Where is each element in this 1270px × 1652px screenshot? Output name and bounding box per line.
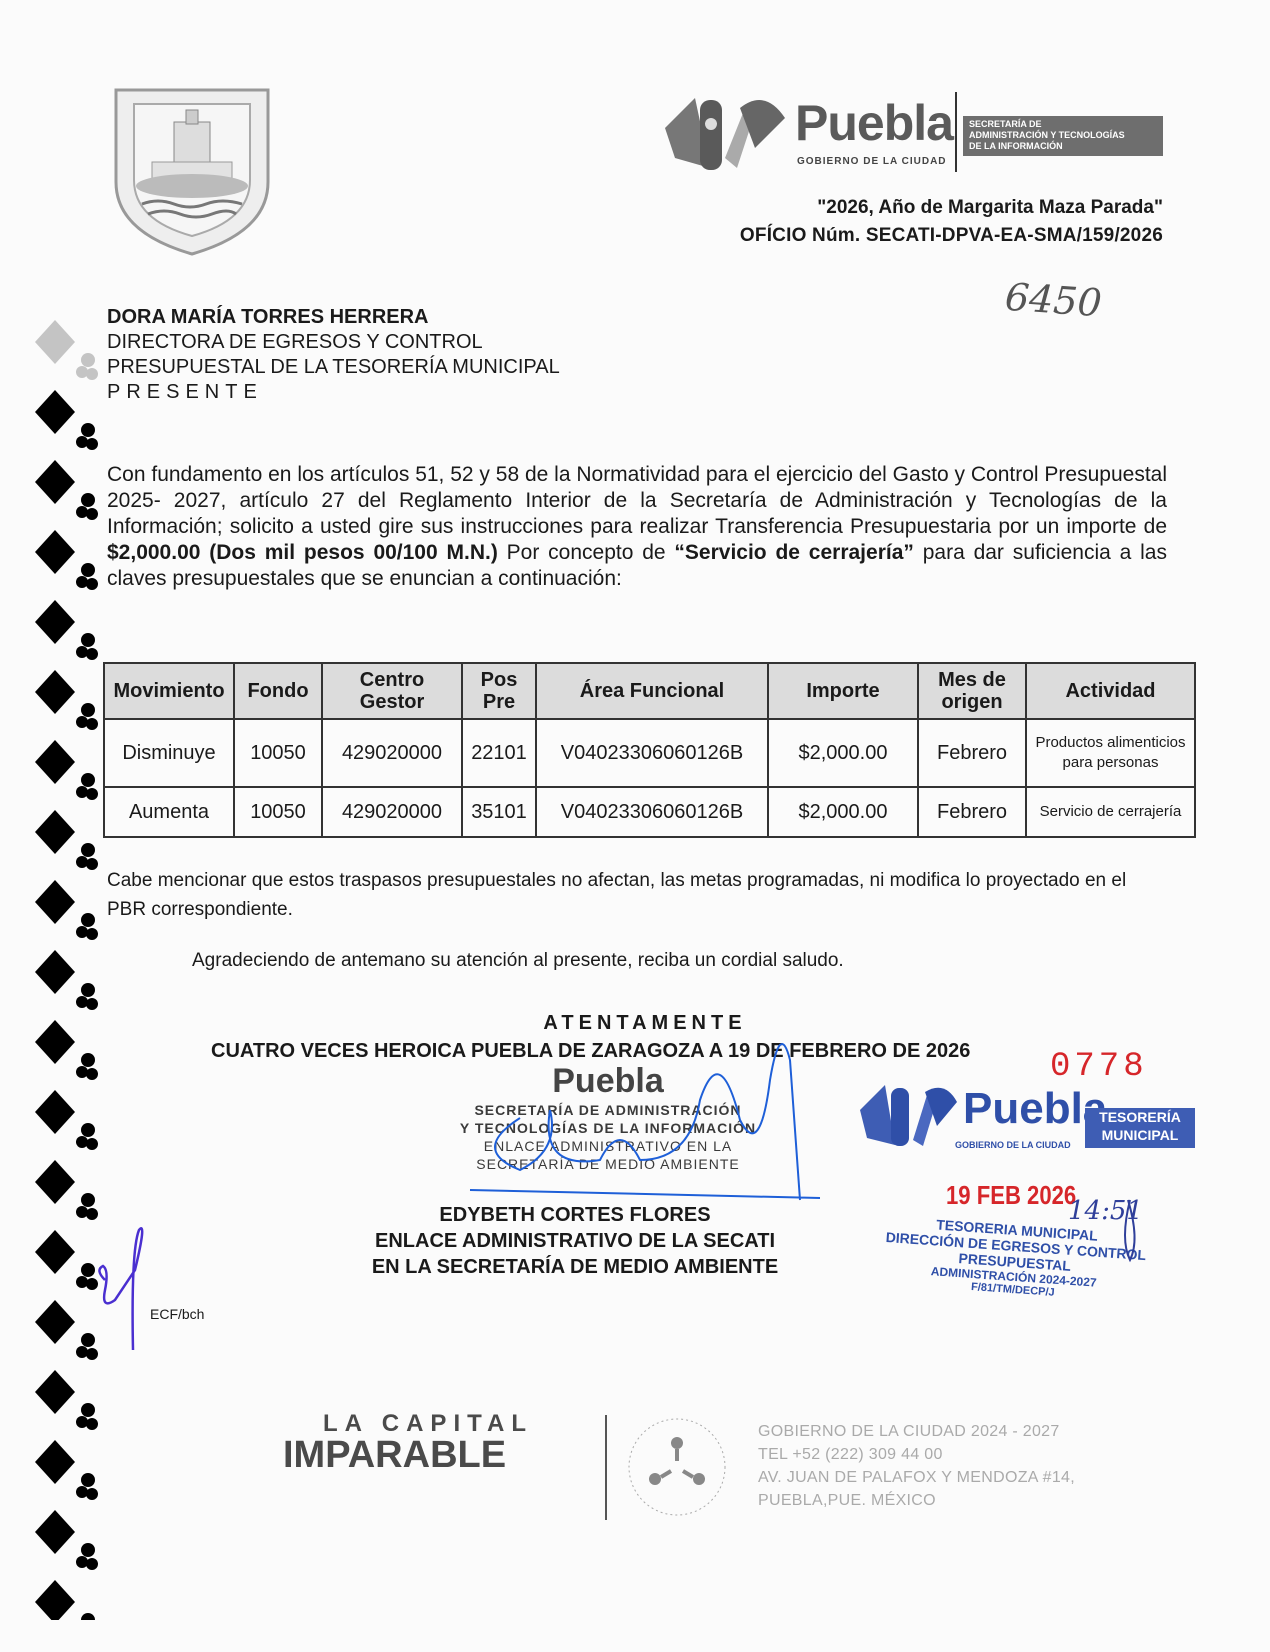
puebla-emblem-icon bbox=[855, 1080, 960, 1150]
col-area-funcional: Área Funcional bbox=[536, 663, 768, 719]
presente-label: PRESENTE bbox=[107, 380, 560, 405]
body-paragraph: Con fundamento en los artículos 51, 52 y… bbox=[107, 462, 1167, 592]
footer-divider bbox=[605, 1415, 607, 1520]
puebla-secati-logo: Puebla GOBIERNO DE LA CIUDAD SECRETARÍA … bbox=[655, 88, 1165, 178]
footer-contact: GOBIERNO DE LA CIUDAD 2024 - 2027 TEL +5… bbox=[758, 1420, 1075, 1512]
table-row: Aumenta 10050 429020000 35101 V040233060… bbox=[104, 787, 1195, 837]
initials: ECF/bch bbox=[150, 1306, 204, 1322]
table-row: Disminuye 10050 429020000 22101 V0402330… bbox=[104, 719, 1195, 787]
recipient-title-line1: DIRECTORA DE EGRESOS Y CONTROL bbox=[107, 330, 560, 355]
tesoreria-stamp-logo: Puebla GOBIERNO DE LA CIUDAD TESORERÍA M… bbox=[855, 1080, 1195, 1170]
atentamente-label: ATENTAMENTE bbox=[0, 1012, 1270, 1035]
budget-transfer-table: Movimiento Fondo Centro Gestor Pos Pre Á… bbox=[103, 662, 1196, 838]
note-paragraph: Cabe mencionar que estos traspasos presu… bbox=[107, 866, 1167, 924]
closing-line: Agradeciendo de antemano su atención al … bbox=[192, 950, 844, 972]
col-centro-gestor: Centro Gestor bbox=[322, 663, 462, 719]
col-fondo: Fondo bbox=[234, 663, 322, 719]
place-date-line: CUATRO VECES HEROICA PUEBLA DE ZARAGOZA … bbox=[211, 1040, 970, 1063]
col-importe: Importe bbox=[768, 663, 918, 719]
amount-text: $2,000.00 (Dos mil pesos 00/100 M.N.) bbox=[107, 541, 498, 564]
col-actividad: Actividad bbox=[1026, 663, 1195, 719]
logo-subtitle: GOBIERNO DE LA CIUDAD bbox=[797, 156, 947, 167]
equality-certification-seal-icon bbox=[625, 1415, 730, 1520]
decorative-border-pattern: /* pattern drawn by script below */ bbox=[30, 320, 100, 1620]
stamp-logo-wordmark: Puebla bbox=[418, 1062, 798, 1101]
initial-signature bbox=[95, 1210, 155, 1360]
secretaria-label-box: SECRETARÍA DE ADMINISTRACIÓN Y TECNOLOGÍ… bbox=[963, 116, 1163, 156]
col-movimiento: Movimiento bbox=[104, 663, 234, 719]
puebla-emblem-icon bbox=[655, 88, 790, 176]
reception-time: 14:51 bbox=[1068, 1196, 1143, 1226]
recipient-title-line2: PRESUPUESTAL DE LA TESORERÍA MUNICIPAL bbox=[107, 355, 560, 380]
la-capital-imparable-brand: LA CAPITAL IMPARABLE bbox=[283, 1410, 573, 1477]
col-mes-origen: Mes de origen bbox=[918, 663, 1026, 719]
reception-date: 19 FEB 2026 bbox=[946, 1180, 1076, 1211]
concept-text: “Servicio de cerrajería” bbox=[674, 541, 913, 564]
logo-wordmark: Puebla bbox=[795, 94, 953, 152]
oficio-number: OFÍCIO Núm. SECATI-DPVA-EA-SMA/159/2026 bbox=[740, 225, 1163, 247]
city-coat-of-arms-seal bbox=[108, 82, 276, 258]
logo-divider bbox=[955, 92, 957, 172]
table-header-row: Movimiento Fondo Centro Gestor Pos Pre Á… bbox=[104, 663, 1195, 719]
year-motto: "2026, Año de Margarita Maza Parada" bbox=[817, 197, 1163, 219]
handwritten-number: 6450 bbox=[1004, 275, 1104, 326]
col-pos-pre: Pos Pre bbox=[462, 663, 536, 719]
secati-stamp: Puebla SECRETARÍA DE ADMINISTRACIÓN Y TE… bbox=[418, 1062, 798, 1202]
recipient-block: DORA MARÍA TORRES HERRERA DIRECTORA DE E… bbox=[107, 305, 560, 405]
recipient-name: DORA MARÍA TORRES HERRERA bbox=[107, 305, 560, 330]
